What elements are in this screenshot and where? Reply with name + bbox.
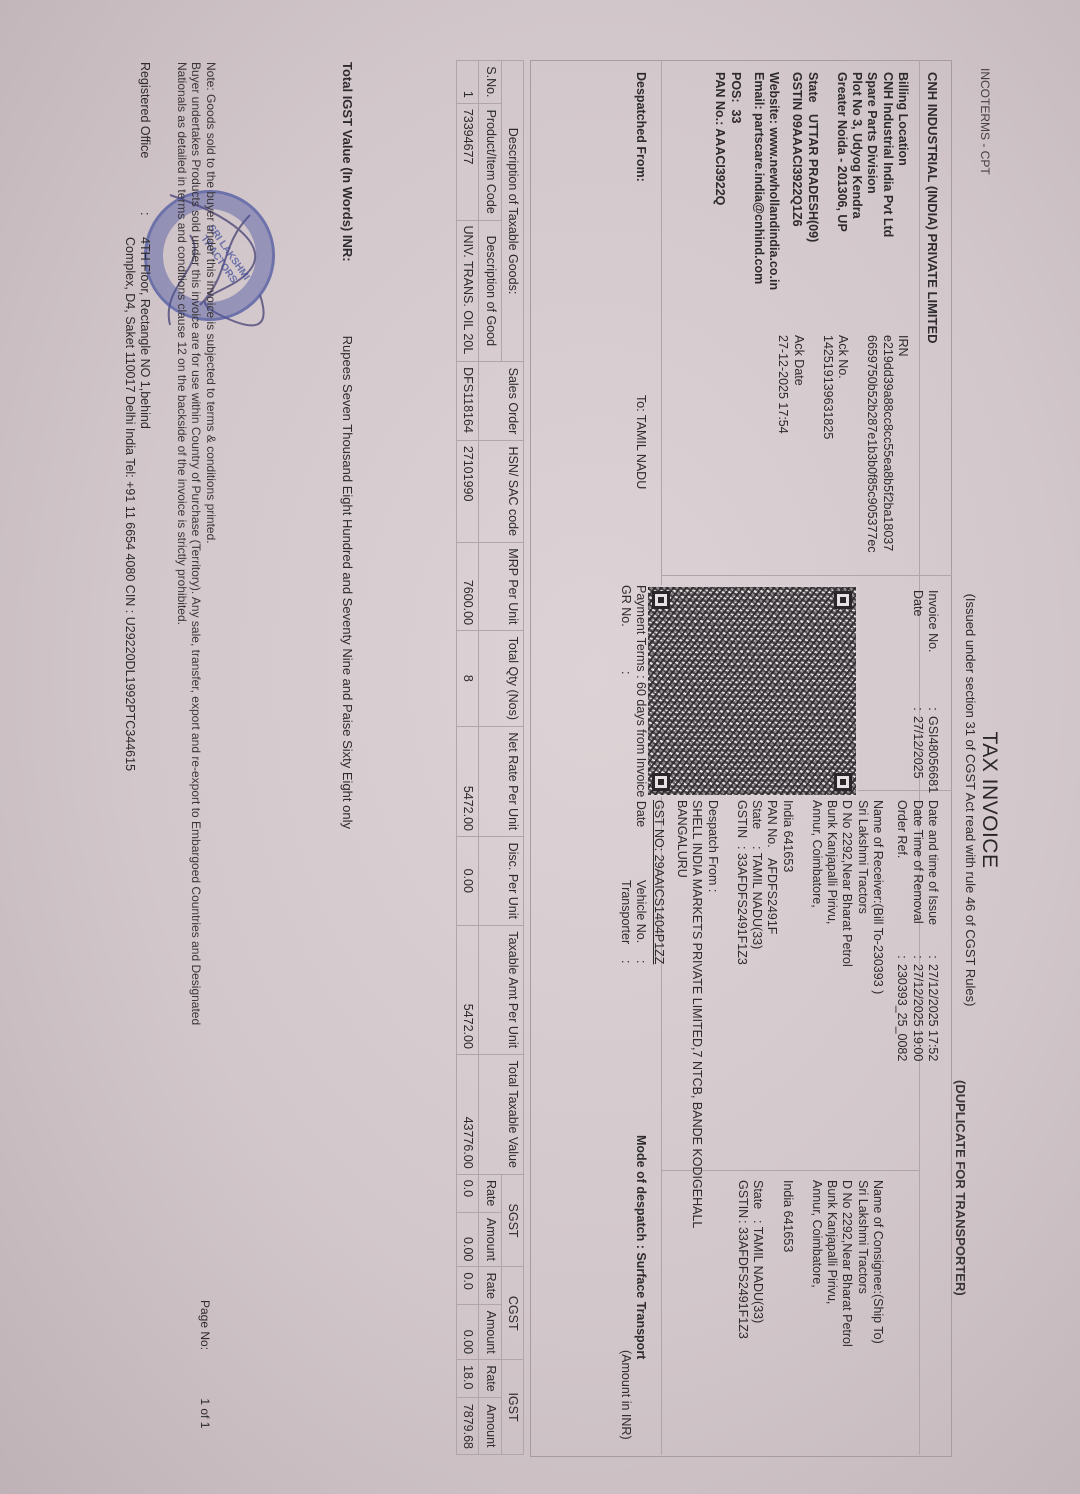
col-igst: IGST	[501, 1360, 523, 1455]
col-hsn: HSN/ SAC code	[479, 440, 524, 542]
consignee-gstin: 33AFDFS2491F1Z3	[736, 1227, 750, 1339]
date-label: Date	[910, 590, 925, 702]
despatch-from-line: BANGALURU	[674, 800, 689, 1228]
consignee-pin: India 641653	[780, 1180, 795, 1347]
col-mrp: MRP Per Unit	[479, 542, 524, 630]
words-value: Rupees Seven Thousand Eight Hundred and …	[340, 336, 355, 829]
invoice-no: GSI48056681	[925, 716, 940, 793]
tax-invoice-page: INCOTERMS - CPT TAX INVOICE (Issued unde…	[0, 0, 1080, 1494]
order-ref-value: 230393_25_0082	[894, 964, 909, 1061]
cell-disc: 0.00	[457, 837, 479, 926]
despatch-from-line: SHELL INDIA MARKETS PRIVATE LIMITED,7 NT…	[689, 800, 704, 1228]
col-cgst-rate: Rate	[479, 1267, 501, 1305]
terms-note: Note: Goods sold to the buyer under this…	[174, 62, 218, 1212]
col-total-taxable: Total Taxable Value	[479, 1054, 524, 1174]
vehicle-label: Vehicle No.	[633, 880, 648, 960]
billing-line: CNH Industrial India Pvt Ltd	[880, 72, 895, 290]
receiver-block: Name of Receiver:(Bill To-230393 ) Sri L…	[651, 800, 885, 1228]
state-label: State	[749, 800, 764, 846]
consignee-state: TAMIL NADU(33)	[752, 1227, 766, 1324]
receiver-line: Annur, Coimbatore,	[809, 800, 824, 1228]
receiver-state: TAMIL NADU(33)	[750, 853, 764, 950]
removal-label: Date Time of Removal	[910, 800, 925, 950]
note-line: Buyer undertakes Products sold under thi…	[189, 62, 204, 1212]
payment-terms-label: Payment Terms	[634, 585, 648, 672]
currency-note: (Amount in INR)	[618, 1350, 633, 1440]
invoice-number-block: Invoice No.:GSI48056681 Date:27/12/2025	[910, 590, 941, 793]
billing-line: Greater Noida - 201306, UP	[834, 72, 849, 290]
table-row: 1 73394677 UNIV. TRANS. OIL 20L DFS11816…	[457, 61, 479, 1455]
consignee-line: Sri Lakshmi Tractors	[855, 1180, 870, 1347]
invoice-date: 27/12/2025	[910, 716, 925, 779]
website[interactable]: www.newhollandindia.co.in	[767, 127, 781, 290]
receiver-line: Bunk Kanjapalli Pirivu,	[824, 800, 839, 1228]
cell-product-code: 73394677	[457, 103, 479, 220]
cell-sales-order: DFS118164	[457, 362, 479, 441]
cell-sno: 1	[457, 61, 479, 104]
copy-type: (DUPLICATE FOR TRANSPORTER)	[952, 1080, 968, 1296]
col-sgst-rate: Rate	[479, 1174, 501, 1212]
state-label: State	[750, 1180, 765, 1220]
note-line: Note: Goods sold to the buyer under this…	[203, 62, 218, 1212]
goods-table: Description of Taxable Goods: Sales Orde…	[456, 60, 524, 1455]
billing-line: Plot No 3, Udyog Kendra	[849, 72, 864, 290]
incoterms: INCOTERMS - CPT	[977, 68, 992, 175]
pan-label: PAN No.	[764, 800, 779, 858]
col-net-rate: Net Rate Per Unit	[479, 726, 524, 836]
document-subtitle: (Issued under section 31 of CGST Act rea…	[962, 570, 978, 1030]
regd-label: Registered Office	[122, 62, 153, 212]
consignee-line: D No 2292,Near Bharat Petrol	[839, 1180, 854, 1347]
billing-gstin: 09AAACI3922Q1Z6	[791, 114, 805, 227]
vehicle-block: Vehicle No.: Transporter:	[618, 880, 649, 963]
document-title: TAX INVOICE	[976, 650, 1002, 950]
cell-igst-rate: 18.0	[457, 1360, 479, 1398]
gr-no-label: GR No.	[618, 585, 633, 671]
despatch-gst-no: GST NO: 29AAICS1404P1ZZ	[651, 800, 666, 1228]
regd-line: 4TH Floor, Rectangle NO 1,behind	[137, 237, 152, 771]
consignee-line: Annur, Coimbatore,	[809, 1180, 824, 1347]
payment-terms: Payment Terms : 60 days from Invoice Dat…	[618, 585, 649, 827]
cell-cgst-amount: 0.00	[457, 1305, 479, 1360]
col-sgst: SGST	[501, 1174, 523, 1267]
receiver-pan: AFDFS2491F	[766, 858, 780, 934]
issue-value: 27/12/2025 17:52	[925, 964, 940, 1061]
col-sales-order: Sales Order	[479, 362, 524, 441]
col-igst-amount: Amount	[479, 1397, 501, 1454]
col-disc: Disc. Per Unit	[479, 837, 524, 926]
pan-value: AAACI3922Q	[714, 128, 728, 205]
col-qty: Total Qty (Nos)	[479, 631, 524, 727]
regd-colon: :	[122, 212, 153, 237]
gstin-label: GSTIN	[734, 800, 749, 846]
issue-block: Date and time of Issue:27/12/2025 17:52 …	[894, 800, 940, 1061]
cell-igst-amount: 7879.68	[457, 1397, 479, 1454]
cell-hsn: 27101990	[457, 440, 479, 542]
cell-sgst-rate: 0.0	[457, 1174, 479, 1212]
regd-line: Complex, D4, Saket 110017 Delhi India Te…	[122, 237, 137, 771]
cell-mrp: 7600.00	[457, 542, 479, 630]
gr-no-value: :	[619, 671, 633, 674]
col-description: Description of Good	[479, 220, 501, 362]
col-taxable-amt: Taxable Amt Per Unit	[479, 925, 524, 1054]
cell-net-rate: 5472.00	[457, 726, 479, 836]
total-in-words: Total IGST Value (In Words) INR: Rupees …	[339, 62, 355, 829]
words-label: Total IGST Value (In Words) INR:	[339, 62, 355, 332]
despatch-to: To: TAMIL NADU	[633, 395, 648, 489]
col-sno: S.No.	[479, 61, 501, 104]
irn-line: 6659750b52b287e1b3b0f85c905377ec	[864, 335, 879, 553]
cell-sgst-amount: 0.00	[457, 1212, 479, 1267]
transporter-label: Transporter	[618, 880, 633, 960]
website-label: Website:	[767, 72, 781, 124]
receiver-pin: India 641653	[780, 800, 795, 1228]
consignee-line: Bunk Kanjapalli Pirivu,	[824, 1180, 839, 1347]
billing-block: Billing Location CNH Industrial India Pv…	[712, 72, 910, 290]
cell-qty: 8	[457, 631, 479, 727]
page-number: Page No: 1 of 1	[197, 1300, 212, 1428]
registered-office: Registered Office : 4TH Floor, Rectangle…	[122, 62, 153, 771]
receiver-line: D No 2292,Near Bharat Petrol	[839, 800, 854, 1228]
col-sgst-amount: Amount	[479, 1212, 501, 1267]
irn-label: IRN	[895, 335, 910, 553]
mode-of-despatch: Mode of despatch : Surface Transport	[633, 1135, 648, 1359]
pos-label: POS:	[729, 72, 743, 103]
gstin-label: GSTIN	[735, 1180, 750, 1220]
vehicle-value: :	[634, 960, 648, 963]
payment-terms-value: : 60 days from Invoice Date	[634, 675, 648, 827]
receiver-line: Sri Lakshmi Tractors	[855, 800, 870, 1228]
email[interactable]: partscare.india@cnhind.com	[752, 113, 766, 284]
gstin-label: GSTIN	[789, 72, 804, 114]
ack-no: 142519139631825	[820, 335, 835, 553]
billing-state: UTTAR PRADESH(09)	[806, 114, 820, 242]
cell-taxable-amt: 5472.00	[457, 925, 479, 1054]
col-cgst-amount: Amount	[479, 1305, 501, 1360]
receiver-heading: Name of Receiver:(Bill To-230393 )	[870, 800, 885, 1228]
cell-cgst-rate: 0.0	[457, 1267, 479, 1305]
note-line: Nationals as detailed in terms and condi…	[174, 62, 189, 1212]
transporter-value: :	[619, 960, 633, 963]
issue-label: Date and time of Issue	[925, 800, 940, 950]
billing-line: Spare Parts Division	[864, 72, 879, 290]
col-cgst: CGST	[501, 1267, 523, 1360]
col-igst-rate: Rate	[479, 1360, 501, 1398]
despatched-from-label: Despatched From:	[633, 72, 648, 182]
divider	[662, 575, 952, 576]
e-invoice-qr-code	[646, 585, 858, 797]
ack-date-label: Ack Date	[791, 335, 806, 553]
company-name: CNH INDUSTRIAL (INDIA) PRIVATE LIMITED	[924, 72, 940, 344]
col-product-code: Product/Item Code	[479, 103, 501, 220]
cell-total-taxable: 43776.00	[457, 1054, 479, 1174]
receiver-gstin: 33AFDFS2491F1Z3	[735, 853, 749, 965]
einvoice-block: IRN e219dd39a88cc8cc55ea8b5f2ba18037 665…	[775, 335, 910, 553]
invoice-no-label: Invoice No.	[925, 590, 940, 702]
irn-line: e219dd39a88cc8cc55ea8b5f2ba18037	[880, 335, 895, 553]
page-label: Page No:	[197, 1300, 212, 1395]
goods-section-title: Description of Taxable Goods:	[501, 61, 523, 362]
state-label: State	[805, 72, 820, 114]
page-value: 1 of 1	[198, 1398, 212, 1428]
despatch-from-label: Despatch From :	[705, 800, 720, 1228]
removal-value: 27/12/2025 19:00	[910, 964, 925, 1061]
ack-date: 27-12-2025 17:54	[775, 335, 790, 553]
pan-label: PAN No.:	[714, 72, 728, 125]
email-label: Email:	[752, 72, 766, 110]
billing-heading: Billing Location	[895, 72, 910, 290]
consignee-block: Name of Consignee:(Ship To) Sri Lakshmi …	[735, 1180, 885, 1347]
pos-value: 33	[729, 110, 743, 124]
order-ref-label: Order Ref.	[894, 800, 909, 950]
ack-no-label: Ack No.	[835, 335, 850, 553]
cell-description: UNIV. TRANS. OIL 20L	[457, 220, 479, 362]
consignee-heading: Name of Consignee:(Ship To)	[870, 1180, 885, 1347]
